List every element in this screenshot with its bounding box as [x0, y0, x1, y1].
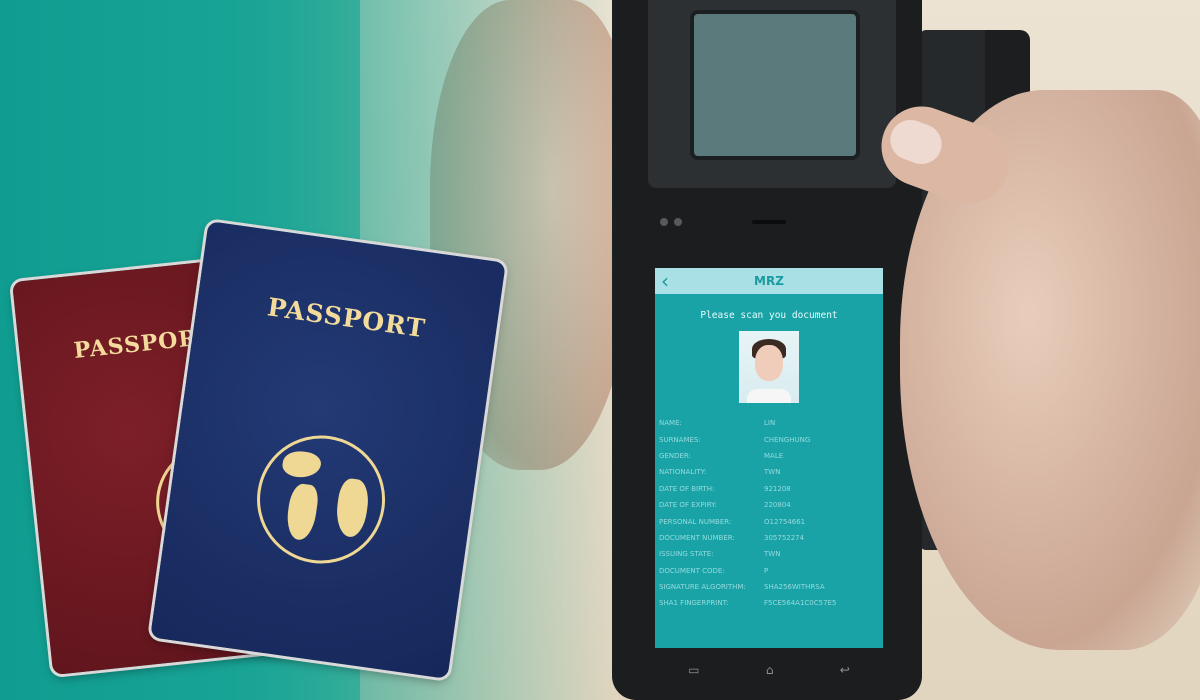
field-value: F5CE564A1C0C57E5 — [764, 599, 879, 607]
field-label: ISSUING STATE: — [659, 550, 764, 558]
field-value: 305752274 — [764, 534, 879, 542]
passport-blue: PASSPORT — [150, 221, 506, 679]
field-label: SHA1 FINGERPRINT: — [659, 599, 764, 607]
field-label: PERSONAL NUMBER: — [659, 518, 764, 526]
passport-label: PASSPORT — [196, 283, 497, 353]
mrz-field-row: ISSUING STATE:TWN — [659, 546, 879, 562]
mrz-field-row: SURNAMES:CHENGHUNG — [659, 431, 879, 447]
field-value: SHA256WITHRSA — [764, 583, 879, 591]
field-value: TWN — [764, 550, 879, 558]
mrz-field-row: NAME:LIN — [659, 415, 879, 431]
globe-icon — [249, 427, 394, 572]
menu-icon[interactable]: ▭ — [688, 663, 699, 677]
chevron-left-icon[interactable]: ‹ — [661, 269, 669, 293]
back-icon[interactable]: ↩ — [840, 663, 850, 677]
holder-photo — [739, 331, 799, 403]
field-label: NAME: — [659, 419, 764, 427]
android-nav-bar: ▭ ⌂ ↩ — [655, 655, 883, 685]
field-label: NATIONALITY: — [659, 468, 764, 476]
field-value: 921208 — [764, 485, 879, 493]
mrz-field-row: DATE OF EXPIRY:220804 — [659, 497, 879, 513]
field-value: TWN — [764, 468, 879, 476]
home-icon[interactable]: ⌂ — [766, 663, 774, 677]
scan-message: Please scan you document — [655, 310, 883, 321]
mrz-field-row: DOCUMENT CODE:P — [659, 563, 879, 579]
field-label: GENDER: — [659, 452, 764, 460]
mrz-field-row: GENDER:MALE — [659, 448, 879, 464]
mrz-field-row: DATE OF BIRTH:921208 — [659, 481, 879, 497]
sensor-dot — [660, 218, 668, 226]
field-label: DATE OF BIRTH: — [659, 485, 764, 493]
screen-header: ‹ MRZ — [655, 268, 883, 294]
mrz-field-row: DOCUMENT NUMBER:305752274 — [659, 530, 879, 546]
field-value: P — [764, 567, 879, 575]
sensor-dot — [674, 218, 682, 226]
speaker-grille — [752, 220, 786, 224]
mrz-field-row: SIGNATURE ALGORITHM:SHA256WITHRSA — [659, 579, 879, 595]
field-label: DATE OF EXPIRY: — [659, 501, 764, 509]
field-value: O12754661 — [764, 518, 879, 526]
field-value: LIN — [764, 419, 879, 427]
field-value: 220804 — [764, 501, 879, 509]
field-label: DOCUMENT CODE: — [659, 567, 764, 575]
field-label: SURNAMES: — [659, 436, 764, 444]
device-screen: ‹ MRZ Please scan you document NAME:LINS… — [655, 268, 883, 648]
mrz-field-row: SHA1 FINGERPRINT:F5CE564A1C0C57E5 — [659, 595, 879, 611]
mrz-field-list: NAME:LINSURNAMES:CHENGHUNGGENDER:MALENAT… — [655, 415, 883, 612]
mrz-field-row: PERSONAL NUMBER:O12754661 — [659, 513, 879, 529]
mrz-field-row: NATIONALITY:TWN — [659, 464, 879, 480]
field-value: CHENGHUNG — [764, 436, 879, 444]
field-label: DOCUMENT NUMBER: — [659, 534, 764, 542]
fingerprint-sensor[interactable] — [690, 10, 860, 160]
field-value: MALE — [764, 452, 879, 460]
screen-title: MRZ — [754, 274, 784, 288]
field-label: SIGNATURE ALGORITHM: — [659, 583, 764, 591]
